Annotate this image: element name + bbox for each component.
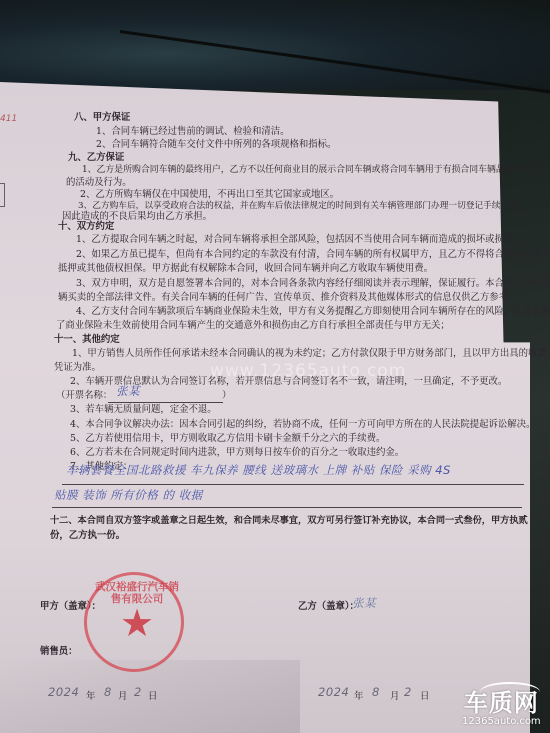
section-10-item-4: 4、乙方支付合同车辆款项后车辆商业保险未生效，甲方有义务提醒乙方即刻使用合同车辆…	[76, 305, 550, 319]
date-b-month: 8	[372, 686, 380, 700]
section-10-item-4-cont: 了商业保险未生效前使用合同车辆产生的交通意外和损伤由乙方自行承担全部责任与甲方无…	[56, 319, 450, 333]
section-12-line-2: 份，乙方执一份。	[50, 529, 125, 543]
section-9-item-1: 1、乙方是所购合同车辆的最终用户，乙方不以任何商业目的展示合同车辆或将合同车辆用…	[82, 164, 531, 178]
date-a-month-label: 月	[118, 690, 127, 704]
other-terms-underline-1	[62, 484, 524, 485]
date-a-year: 2024	[48, 686, 79, 700]
invoice-name-close: ）	[222, 389, 231, 403]
section-11-item-6: 6、乙方若未在合同规定时间内进款，甲方则每日按车价的百分之一收取违约金。	[70, 446, 404, 460]
date-b-day: 2	[404, 686, 412, 700]
date-b-month-label: 月	[390, 690, 399, 704]
salesperson-label: 销售员：	[40, 645, 78, 659]
section-11-item-1-cont: 凭证为准。	[54, 361, 101, 375]
date-b-day-label: 日	[420, 690, 429, 704]
section-10-heading: 十、双方约定	[58, 220, 114, 234]
section-10-item-1: 1、乙方提取合同车辆之时起，对合同车辆将承担全部风险，包括因不当使用合同车辆而造…	[76, 233, 523, 247]
section-8-item-2: 2、合同车辆符合随车交付文件中所列的各项规格和指标。	[96, 138, 336, 152]
section-8-item-1: 1、合同车辆已经过售前的调试、检验和清洁。	[96, 125, 289, 139]
section-10-item-3: 3、双方申明，双方是自愿签署本合同的，对本合同各条款内容经仔细阅读并表示理解，保…	[76, 277, 550, 291]
star-icon: ★	[117, 603, 157, 643]
section-11-item-1: 1、甲方销售人员所作任何承诺未经本合同确认的视为未约定；乙方付款仅限于甲方财务部…	[72, 347, 547, 361]
section-11-item-4: 4、本合同争议解决办法：因本合同引起的纠纷，若协商不成，任何一方可向甲方所在的人…	[70, 418, 535, 432]
section-11-heading: 十一、其他约定	[54, 333, 120, 347]
date-b-year: 2024	[318, 686, 349, 700]
invoice-name-handwritten: 张某	[116, 385, 140, 399]
date-a-day: 2	[134, 686, 142, 700]
section-10-item-2: 2、如果乙方虽已提车，但尚有本合同约定的车款没有付清，合同车辆的所有权属甲方，且…	[76, 248, 550, 262]
logo-sub-text: 12365auto.com	[462, 716, 541, 728]
section-11-item-3: 3、若车辆无质量问题，定金不退。	[70, 403, 217, 417]
invoice-name-label: （开票名称：	[56, 389, 112, 403]
other-terms-handwritten-line-1: 车辆套餐全国北路救援 车九保养 腰线 送玻璃水 上牌 补贴 保险 采购 4S	[66, 464, 451, 478]
section-10-item-3-cont: 辆买卖的全部法律文件。有关合同车辆的任何广告、宣传单页、推介资料及其他媒体形式的…	[58, 291, 517, 305]
section-10-item-2-cont: 抵押或其他债权担保。甲方据此有权解除本合同，收回合同车辆并向乙方收取车辆使用费。	[58, 262, 433, 276]
party-b-signature: 张某	[352, 597, 376, 611]
other-terms-handwritten-line-2: 贴膜 装饰 所有价格 的 收据	[54, 489, 203, 503]
site-logo: 车质网 12365auto.com	[462, 690, 541, 728]
date-a-day-label: 日	[148, 690, 157, 704]
party-b-stamp-label: 乙方（盖章）：	[298, 600, 359, 614]
section-11-item-5: 5、乙方若使用信用卡，甲方则收取乙方信用卡刷卡金额千分之六的手续费。	[70, 432, 385, 446]
date-b-year-label: 年	[354, 690, 363, 704]
section-12-line-1: 十二、本合同自双方签字或盖章之日起生效，和合同未尽事宜，双方可另行签订补充协议，…	[50, 514, 528, 528]
logo-arc-icon	[480, 682, 540, 702]
date-a-month: 8	[104, 686, 112, 700]
date-a-year-label: 年	[86, 690, 95, 704]
other-terms-underline-2	[52, 507, 522, 508]
section-9-heading: 九、乙方保证	[68, 151, 124, 165]
watermark: www.12365auto.com	[210, 361, 406, 381]
company-seal: 武汉裕盛行汽车销售有限公司 ★	[84, 572, 184, 672]
section-8-heading: 八、甲方保证	[74, 111, 130, 125]
